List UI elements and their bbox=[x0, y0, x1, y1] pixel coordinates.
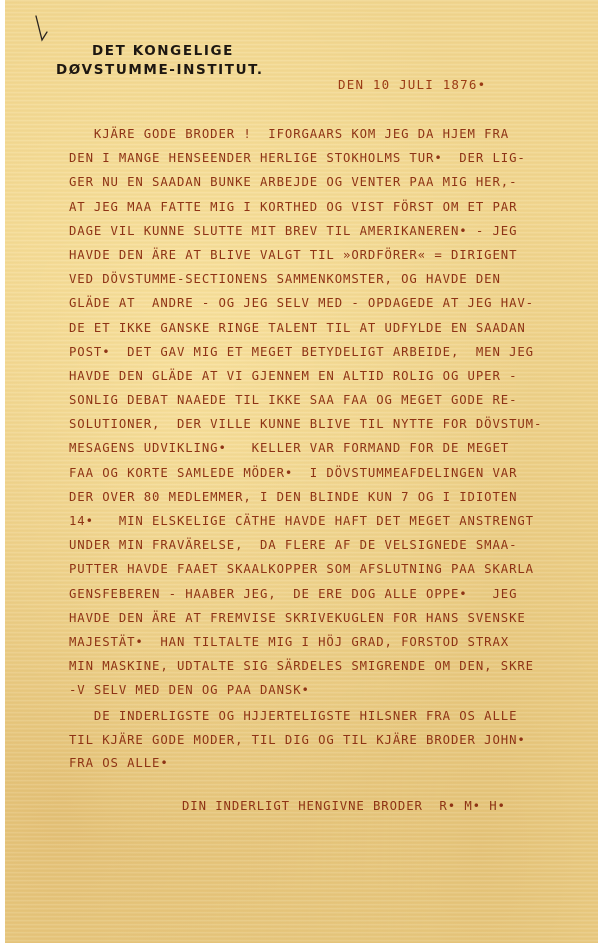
text-line: KJÄRE GODE BRODER ! IFORGAARS KOM JEG DA… bbox=[69, 122, 589, 146]
text-line: HAVDE DEN GLÄDE AT VI GJENNEM EN ALTID R… bbox=[69, 364, 589, 388]
letter-closing: DE INDERLIGSTE OG HJJERTELIGSTE HILSNER … bbox=[69, 705, 589, 776]
text-line: GLÄDE AT ANDRE - OG JEG SELV MED - OPDAG… bbox=[69, 291, 589, 315]
text-line: GER NU EN SAADAN BUNKE ARBEJDE OG VENTER… bbox=[69, 170, 589, 194]
text-line: MAJESTÄT• HAN TILTALTE MIG I HÖJ GRAD, F… bbox=[69, 630, 589, 654]
text-line: FAA OG KORTE SAMLEDE MÖDER• I DÖVSTUMMEA… bbox=[69, 461, 589, 485]
letter-date: DEN 10 JULI 1876• bbox=[338, 77, 486, 92]
text-line: DE INDERLIGSTE OG HJJERTELIGSTE HILSNER … bbox=[69, 705, 589, 729]
text-line: VED DÖVSTUMME-SECTIONENS SAMMENKOMSTER, … bbox=[69, 267, 589, 291]
text-line: MIN MASKINE, UDTALTE SIG SÄRDELES SMIGRE… bbox=[69, 654, 589, 678]
pencil-check-mark-icon bbox=[33, 14, 53, 46]
letterhead: DET KONGELIGE DØVSTUMME-INSTITUT. bbox=[56, 42, 264, 80]
letter-body: KJÄRE GODE BRODER ! IFORGAARS KOM JEG DA… bbox=[69, 122, 589, 703]
letter-paper: DET KONGELIGE DØVSTUMME-INSTITUT. DEN 10… bbox=[5, 0, 598, 943]
text-line: SONLIG DEBAT NAAEDE TIL IKKE SAA FAA OG … bbox=[69, 388, 589, 412]
text-line: HAVDE DEN ÄRE AT FREMVISE SKRIVEKUGLEN F… bbox=[69, 606, 589, 630]
text-line: DER OVER 80 MEDLEMMER, I DEN BLINDE KUN … bbox=[69, 485, 589, 509]
text-line: MESAGENS UDVIKLING• KELLER VAR FORMAND F… bbox=[69, 436, 589, 460]
text-line: UNDER MIN FRAVÄRELSE, DA FLERE AF DE VEL… bbox=[69, 533, 589, 557]
text-line: DEN I MANGE HENSEENDER HERLIGE STOKHOLMS… bbox=[69, 146, 589, 170]
text-line: HAVDE DEN ÄRE AT BLIVE VALGT TIL »ORDFÖR… bbox=[69, 243, 589, 267]
text-line: TIL KJÄRE GODE MODER, TIL DIG OG TIL KJÄ… bbox=[69, 729, 589, 753]
text-line: DAGE VIL KUNNE SLUTTE MIT BREV TIL AMERI… bbox=[69, 219, 589, 243]
letterhead-line-2: DØVSTUMME-INSTITUT. bbox=[56, 61, 264, 80]
text-line: PUTTER HAVDE FAAET SKAALKOPPER SOM AFSLU… bbox=[69, 557, 589, 581]
text-line: GENSFEBEREN - HAABER JEG, DE ERE DOG ALL… bbox=[69, 582, 589, 606]
text-line: SOLUTIONER, DER VILLE KUNNE BLIVE TIL NY… bbox=[69, 412, 589, 436]
text-line: DE ET IKKE GANSKE RINGE TALENT TIL AT UD… bbox=[69, 316, 589, 340]
text-line: AT JEG MAA FATTE MIG I KORTHED OG VIST F… bbox=[69, 195, 589, 219]
text-line: -V SELV MED DEN OG PAA DANSK• bbox=[69, 678, 589, 702]
letterhead-line-1: DET KONGELIGE bbox=[56, 42, 264, 61]
text-line: POST• DET GAV MIG ET MEGET BETYDELIGT AR… bbox=[69, 340, 589, 364]
text-line: FRA OS ALLE• bbox=[69, 752, 589, 776]
letter-signature: DIN INDERLIGT HENGIVNE BRODER R• M• H• bbox=[182, 799, 506, 813]
text-line: 14• MIN ELSKELIGE CÄTHE HAVDE HAFT DET M… bbox=[69, 509, 589, 533]
